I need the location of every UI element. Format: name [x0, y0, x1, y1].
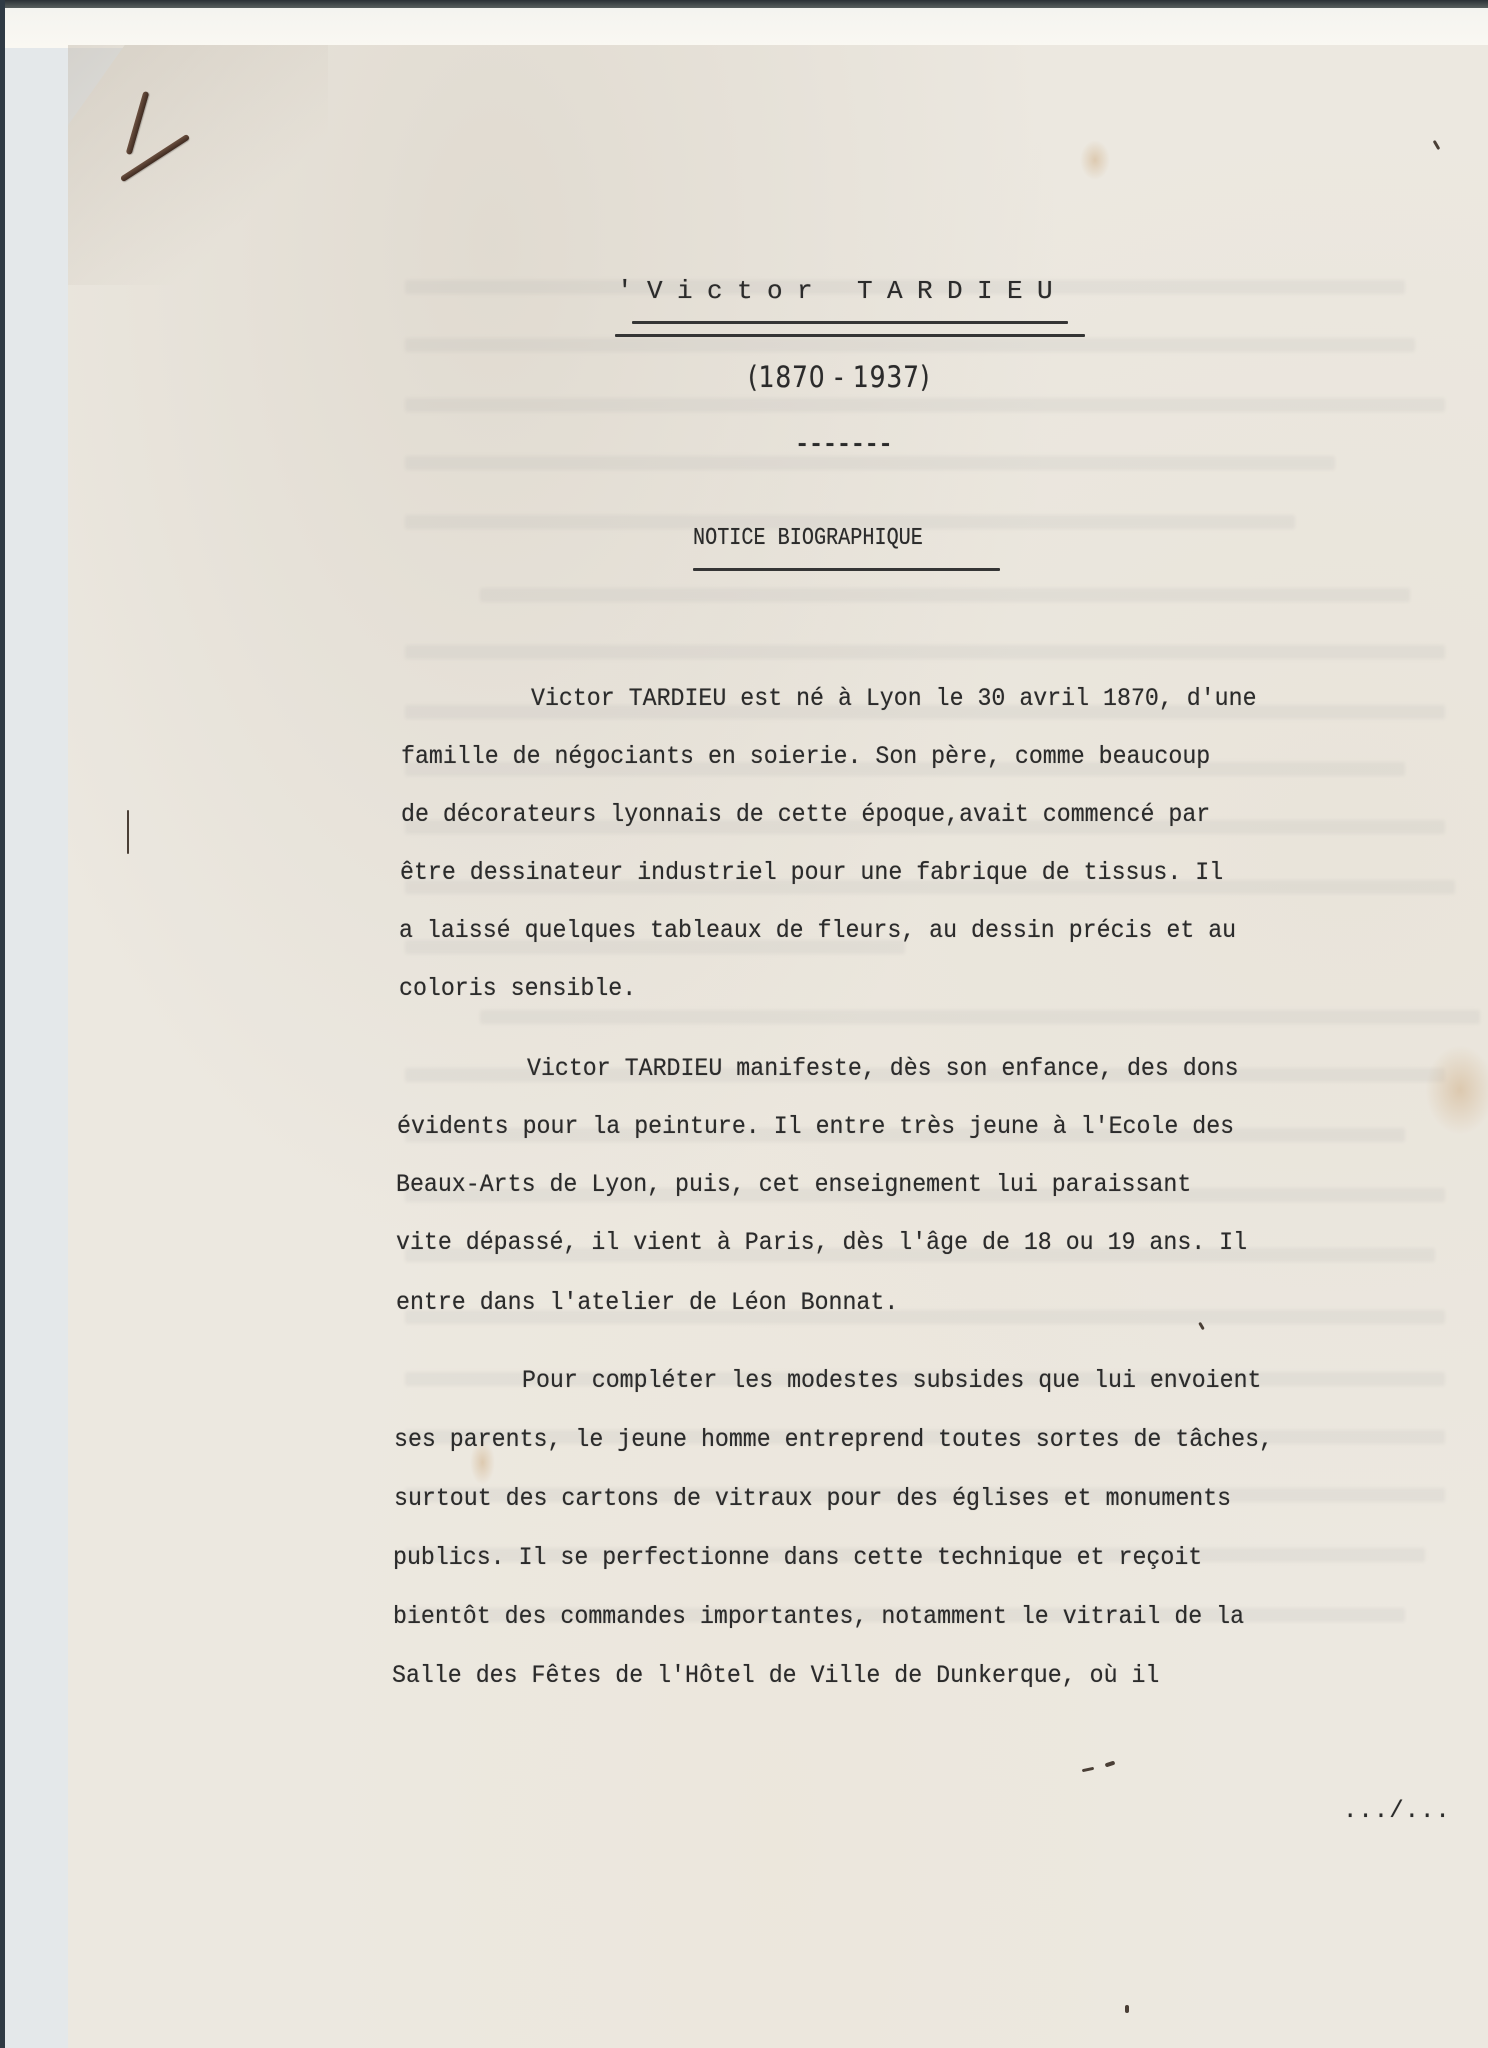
text-line: entre dans l'atelier de Léon Bonnat. — [396, 1288, 898, 1317]
margin-tick-mark — [127, 810, 129, 854]
text-line: a laissé quelques tableaux de fleurs, au… — [399, 916, 1236, 945]
scanner-edge-top — [0, 0, 1488, 8]
paper-stain — [1425, 1045, 1488, 1135]
document-title: 'Victor TARDIEU — [617, 276, 1067, 306]
section-heading-underline — [693, 568, 1000, 571]
text-line: Victor TARDIEU est né à Lyon le 30 avril… — [531, 684, 1257, 713]
text-line: évidents pour la peinture. Il entre très… — [397, 1112, 1234, 1141]
text-line: famille de négociants en soierie. Son pè… — [401, 742, 1210, 771]
separator-dashes: ------- — [795, 432, 892, 459]
scanner-background-strip — [5, 8, 1488, 48]
text-line: bientôt des commandes importantes, notam… — [393, 1602, 1244, 1631]
life-dates: (1870 - 1937) — [748, 360, 930, 394]
title-underline-lower — [615, 334, 1085, 337]
text-line: Beaux-Arts de Lyon, puis, cet enseigneme… — [396, 1170, 1191, 1199]
text-line: être dessinateur industriel pour une fab… — [400, 858, 1223, 887]
text-line: ses parents, le jeune homme entreprend t… — [394, 1425, 1273, 1454]
page-continuation-mark: .../... — [1343, 1798, 1451, 1825]
title-underline-upper — [632, 321, 1068, 324]
paper-stain — [1080, 140, 1110, 180]
ink-mark — [1125, 2005, 1129, 2013]
text-line: surtout des cartons de vitraux pour des … — [394, 1484, 1231, 1513]
scanner-edge-left — [0, 0, 5, 2048]
section-heading: NOTICE BIOGRAPHIQUE — [693, 525, 923, 552]
text-line: Pour compléter les modestes subsides que… — [522, 1366, 1261, 1395]
text-line: coloris sensible. — [399, 974, 636, 1003]
text-line: Salle des Fêtes de l'Hôtel de Ville de D… — [392, 1661, 1159, 1690]
text-line: publics. Il se perfectionne dans cette t… — [393, 1543, 1202, 1572]
text-line: Victor TARDIEU manifeste, dès son enfanc… — [527, 1054, 1239, 1083]
text-line: de décorateurs lyonnais de cette époque,… — [401, 800, 1210, 829]
text-line: vite dépassé, il vient à Paris, dès l'âg… — [396, 1228, 1247, 1257]
